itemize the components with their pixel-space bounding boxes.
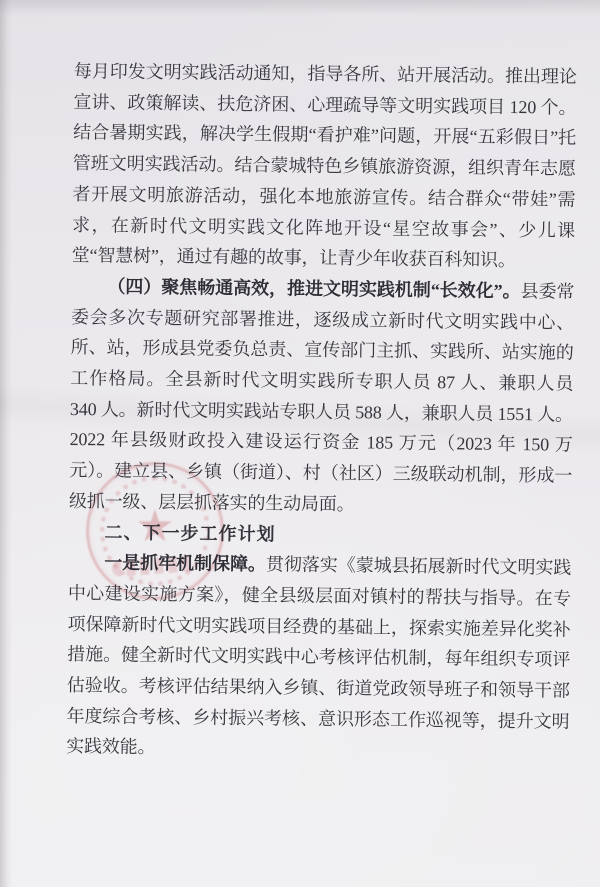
paragraph-continuation: 每月印发文明实践活动通知，指导各所、站开展活动。推出理论宣讲、政策解读、扶危济困… <box>72 56 577 277</box>
paragraph-section-four: （四）聚焦畅通高效，推进文明实践机制“长效化”。县委常委会多次专题研究部署推进，… <box>69 271 575 522</box>
paper-top-shadow <box>0 0 600 16</box>
paragraph-lead: 一是抓牢机制保障。 <box>104 553 266 575</box>
document-text: 每月印发文明实践活动通知，指导各所、站开展活动。推出理论宣讲、政策解读、扶危济困… <box>66 56 577 768</box>
document-page: ★ 每月印发文明实践活动通知，指导各所、站开展活动。推出理论宣讲、政策解读、扶危… <box>0 0 600 887</box>
paragraph-text: 每月印发文明实践活动通知，指导各所、站开展活动。推出理论宣讲、政策解读、扶危济困… <box>72 61 577 270</box>
paragraph-lead: （四）聚焦畅通高效，推进文明实践机制“长效化”。 <box>107 276 520 301</box>
paragraph-plan-one: 一是抓牢机制保障。贯彻落实《蒙城县拓展新时代文明实践中心建设实施方案》，健全县级… <box>66 547 571 768</box>
paragraph-text: 贯彻落实《蒙城县拓展新时代文明实践中心建设实施方案》，健全县级层面对镇村的帮扶与… <box>66 554 571 757</box>
paragraph-text: 县委常委会多次专题研究部署推进，逐级成立新时代文明实践中心、所、站，形成县党委负… <box>69 281 575 514</box>
